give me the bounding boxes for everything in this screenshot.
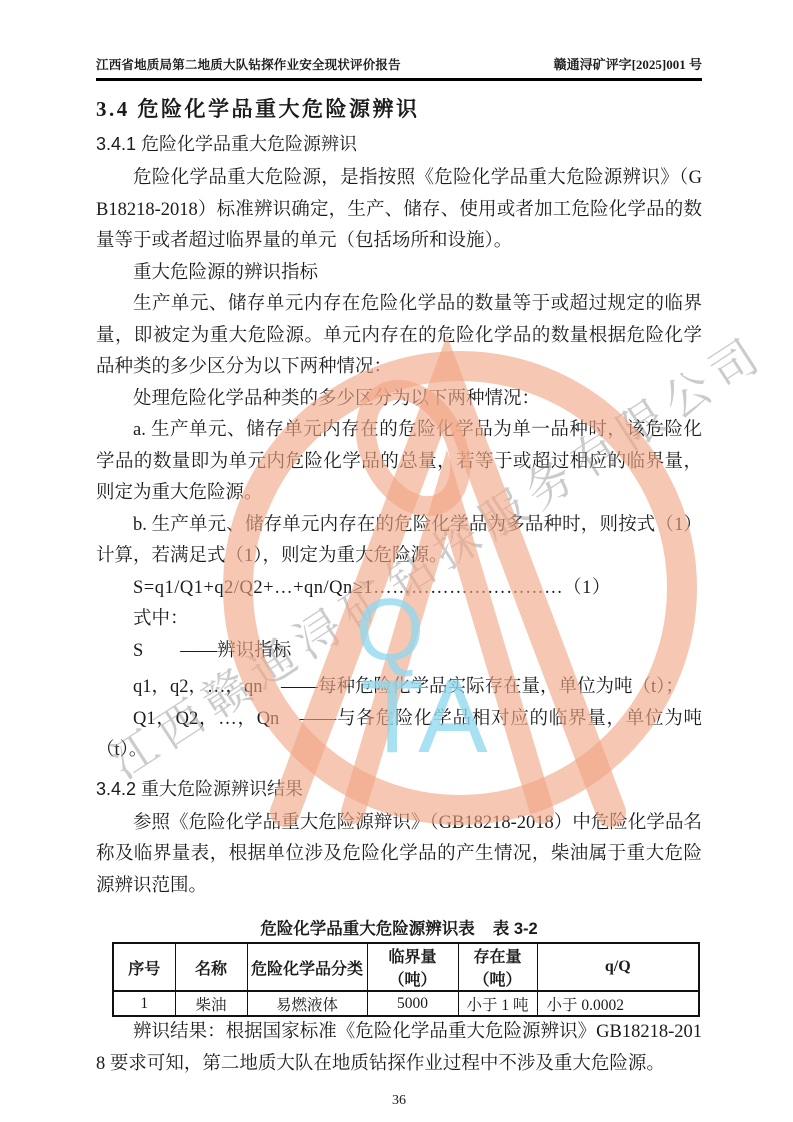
paragraph-indicator-title: 重大危险源的辨识指标 xyxy=(96,258,702,290)
section-heading-3-4: 3.4 危险化学品重大危险源辨识 xyxy=(96,94,702,124)
header-report-title: 江西省地质局第二地质大队钻探作业安全现状评价报告 xyxy=(96,55,401,73)
subsection-heading-3-4-2: 3.4.2 重大危险源辨识结果 xyxy=(96,776,702,803)
formula-def-s: S ——辨识指标 xyxy=(96,636,702,668)
body-text: 危险化学品重大危险源，是指按照《危险化学品重大危险源辨识》（GB18218-20… xyxy=(96,163,702,1109)
header-doc-number: 赣通浔矿评字[2025]001 号 xyxy=(554,54,702,73)
column-header-existing: 存在量（吨） xyxy=(458,943,537,991)
cell-ratio: 小于 0.0002 xyxy=(537,991,699,1016)
column-header-name: 名称 xyxy=(175,943,247,991)
hazard-identification-table: 序号 名称 危险化学品分类 临界量（吨） 存在量（吨） q/Q 1 柴油 易燃液… xyxy=(112,942,700,1017)
cell-category: 易燃液体 xyxy=(247,991,367,1016)
paragraph-item-b: b. 生产单元、储存单元内存在的危险化学品为多品种时，则按式（1）计算，若满足式… xyxy=(96,510,702,573)
paragraph-definition: 危险化学品重大危险源，是指按照《危险化学品重大危险源辨识》（GB18218-20… xyxy=(96,163,702,258)
column-header-ratio: q/Q xyxy=(537,943,699,991)
paragraph-item-a: a. 生产单元、储存单元内存在的危险化学品为单一品种时，该危险化学品的数量即为单… xyxy=(96,415,702,510)
formula-line: S=q1/Q1+q2/Q2+…+qn/Qn≥1…………………………（1） xyxy=(96,573,702,605)
formula-def-q: q1，q2，…，qn ——每种危险化学品实际存在量，单位为吨（t）； xyxy=(96,672,702,704)
cell-existing: 小于 1 吨 xyxy=(458,991,537,1016)
column-header-serial: 序号 xyxy=(113,943,175,991)
formula-where-label: 式中： xyxy=(96,604,702,636)
paragraph-refer: 参照《危险化学品重大危险源辩识》（GB18218-2018）中危险化学品名称及临… xyxy=(96,808,702,903)
table-caption-title: 危险化学品重大危险源辨识表 xyxy=(260,920,475,938)
cell-critical: 5000 xyxy=(367,991,458,1016)
column-header-category: 危险化学品分类 xyxy=(247,943,367,991)
cell-serial: 1 xyxy=(113,991,175,1016)
subsection-heading-3-4-1: 3.4.1 危险化学品重大危险源辨识 xyxy=(96,131,702,158)
cell-name: 柴油 xyxy=(175,991,247,1016)
page-header: 江西省地质局第二地质大队钻探作业安全现状评价报告 赣通浔矿评字[2025]001… xyxy=(96,54,702,81)
table-caption-tag: 表 3-2 xyxy=(493,920,538,938)
paragraph-unit-rule: 生产单元、储存单元内存在危险化学品的数量等于或超过规定的临界量，即被定为重大危险… xyxy=(96,289,702,384)
table-header-row: 序号 名称 危险化学品分类 临界量（吨） 存在量（吨） q/Q xyxy=(113,943,699,991)
table-caption: 危险化学品重大危险源辨识表表 3-2 xyxy=(96,915,702,939)
paragraph-handle-rule: 处理危险化学品种类的多少区分为以下两种情况： xyxy=(96,384,702,416)
table-row: 1 柴油 易燃液体 5000 小于 1 吨 小于 0.0002 xyxy=(113,991,699,1016)
page-number: 36 xyxy=(96,1093,702,1109)
column-header-critical: 临界量（吨） xyxy=(367,943,458,991)
page-content: 江西省地质局第二地质大队钻探作业安全现状评价报告 赣通浔矿评字[2025]001… xyxy=(96,54,702,1109)
paragraph-result: 辨识结果：根据国家标准《危险化学品重大危险源辨识》GB18218-2018 要求… xyxy=(96,1017,702,1080)
formula-def-qn: Q1，Q2，…，Qn ——与各危险化学品相对应的临界量，单位为吨（t）。 xyxy=(96,704,702,767)
document-page: 江西省地质局第二地质大队钻探作业安全现状评价报告 赣通浔矿评字[2025]001… xyxy=(0,0,793,1122)
